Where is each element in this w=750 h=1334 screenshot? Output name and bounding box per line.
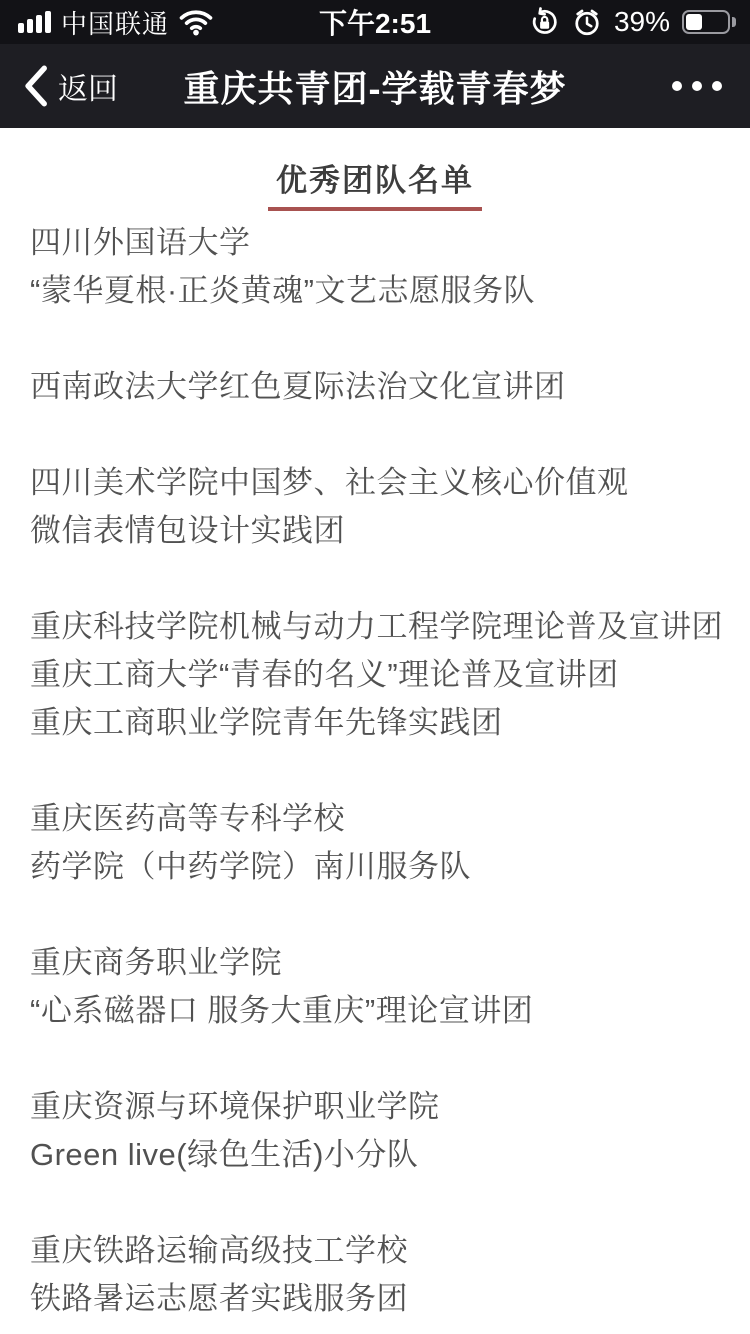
alarm-clock-icon <box>572 7 602 37</box>
nav-bar: 返回 重庆共青团-学载青春梦 <box>0 44 750 128</box>
team-group: 重庆医药高等专科学校药学院（中药学院）南川服务队 <box>30 795 720 891</box>
team-list: 四川外国语大学“蒙华夏根·正炎黄魂”文艺志愿服务队西南政法大学红色夏际法治文化宣… <box>30 219 720 1323</box>
team-line: 重庆科技学院机械与动力工程学院理论普及宣讲团 <box>30 603 720 651</box>
battery-percent-label: 39% <box>614 6 670 38</box>
back-button[interactable]: 返回 <box>24 64 118 108</box>
team-group: 重庆资源与环境保护职业学院Green live(绿色生活)小分队 <box>30 1083 720 1179</box>
team-line: 重庆工商大学“青春的名义”理论普及宣讲团 <box>30 651 720 699</box>
team-line: “心系磁器口 服务大重庆”理论宣讲团 <box>30 987 720 1035</box>
back-chevron-icon <box>24 65 48 107</box>
heading-underline <box>268 207 482 211</box>
status-bar-right: 39% <box>529 6 736 38</box>
list-heading: 优秀团队名单 <box>30 161 720 201</box>
status-bar-left: 中国联通 <box>18 4 213 41</box>
orientation-lock-icon <box>529 7 560 38</box>
team-line: 重庆铁路运输高级技工学校 <box>30 1227 720 1275</box>
team-group: 重庆商务职业学院“心系磁器口 服务大重庆”理论宣讲团 <box>30 939 720 1035</box>
team-group: 四川外国语大学“蒙华夏根·正炎黄魂”文艺志愿服务队 <box>30 219 720 315</box>
team-line: 重庆工商职业学院青年先锋实践团 <box>30 699 720 747</box>
team-line: “蒙华夏根·正炎黄魂”文艺志愿服务队 <box>30 267 720 315</box>
carrier-label: 中国联通 <box>61 4 169 41</box>
wifi-icon <box>179 8 213 36</box>
team-group: 重庆科技学院机械与动力工程学院理论普及宣讲团重庆工商大学“青春的名义”理论普及宣… <box>30 603 720 747</box>
team-line: 重庆资源与环境保护职业学院 <box>30 1083 720 1131</box>
battery-icon <box>682 10 736 34</box>
back-button-label: 返回 <box>58 64 118 108</box>
battery-level-fill <box>686 14 702 30</box>
team-line: 微信表情包设计实践团 <box>30 507 720 555</box>
team-line: 四川外国语大学 <box>30 219 720 267</box>
status-bar: 中国联通 下午2:51 39% <box>0 0 750 44</box>
team-line: Green live(绿色生活)小分队 <box>30 1131 720 1179</box>
team-line: 重庆医药高等专科学校 <box>30 795 720 843</box>
team-group: 重庆铁路运输高级技工学校铁路暑运志愿者实践服务团 <box>30 1227 720 1323</box>
article-body: 优秀团队名单 四川外国语大学“蒙华夏根·正炎黄魂”文艺志愿服务队西南政法大学红色… <box>0 161 750 1323</box>
team-group: 西南政法大学红色夏际法治文化宣讲团 <box>30 363 720 411</box>
team-line: 重庆商务职业学院 <box>30 939 720 987</box>
team-line: 西南政法大学红色夏际法治文化宣讲团 <box>30 363 720 411</box>
more-menu-icon[interactable] <box>672 71 722 101</box>
team-line: 铁路暑运志愿者实践服务团 <box>30 1275 720 1323</box>
team-line: 药学院（中药学院）南川服务队 <box>30 843 720 891</box>
signal-bars-icon <box>18 10 51 34</box>
team-group: 四川美术学院中国梦、社会主义核心价值观微信表情包设计实践团 <box>30 459 720 555</box>
team-line: 四川美术学院中国梦、社会主义核心价值观 <box>30 459 720 507</box>
